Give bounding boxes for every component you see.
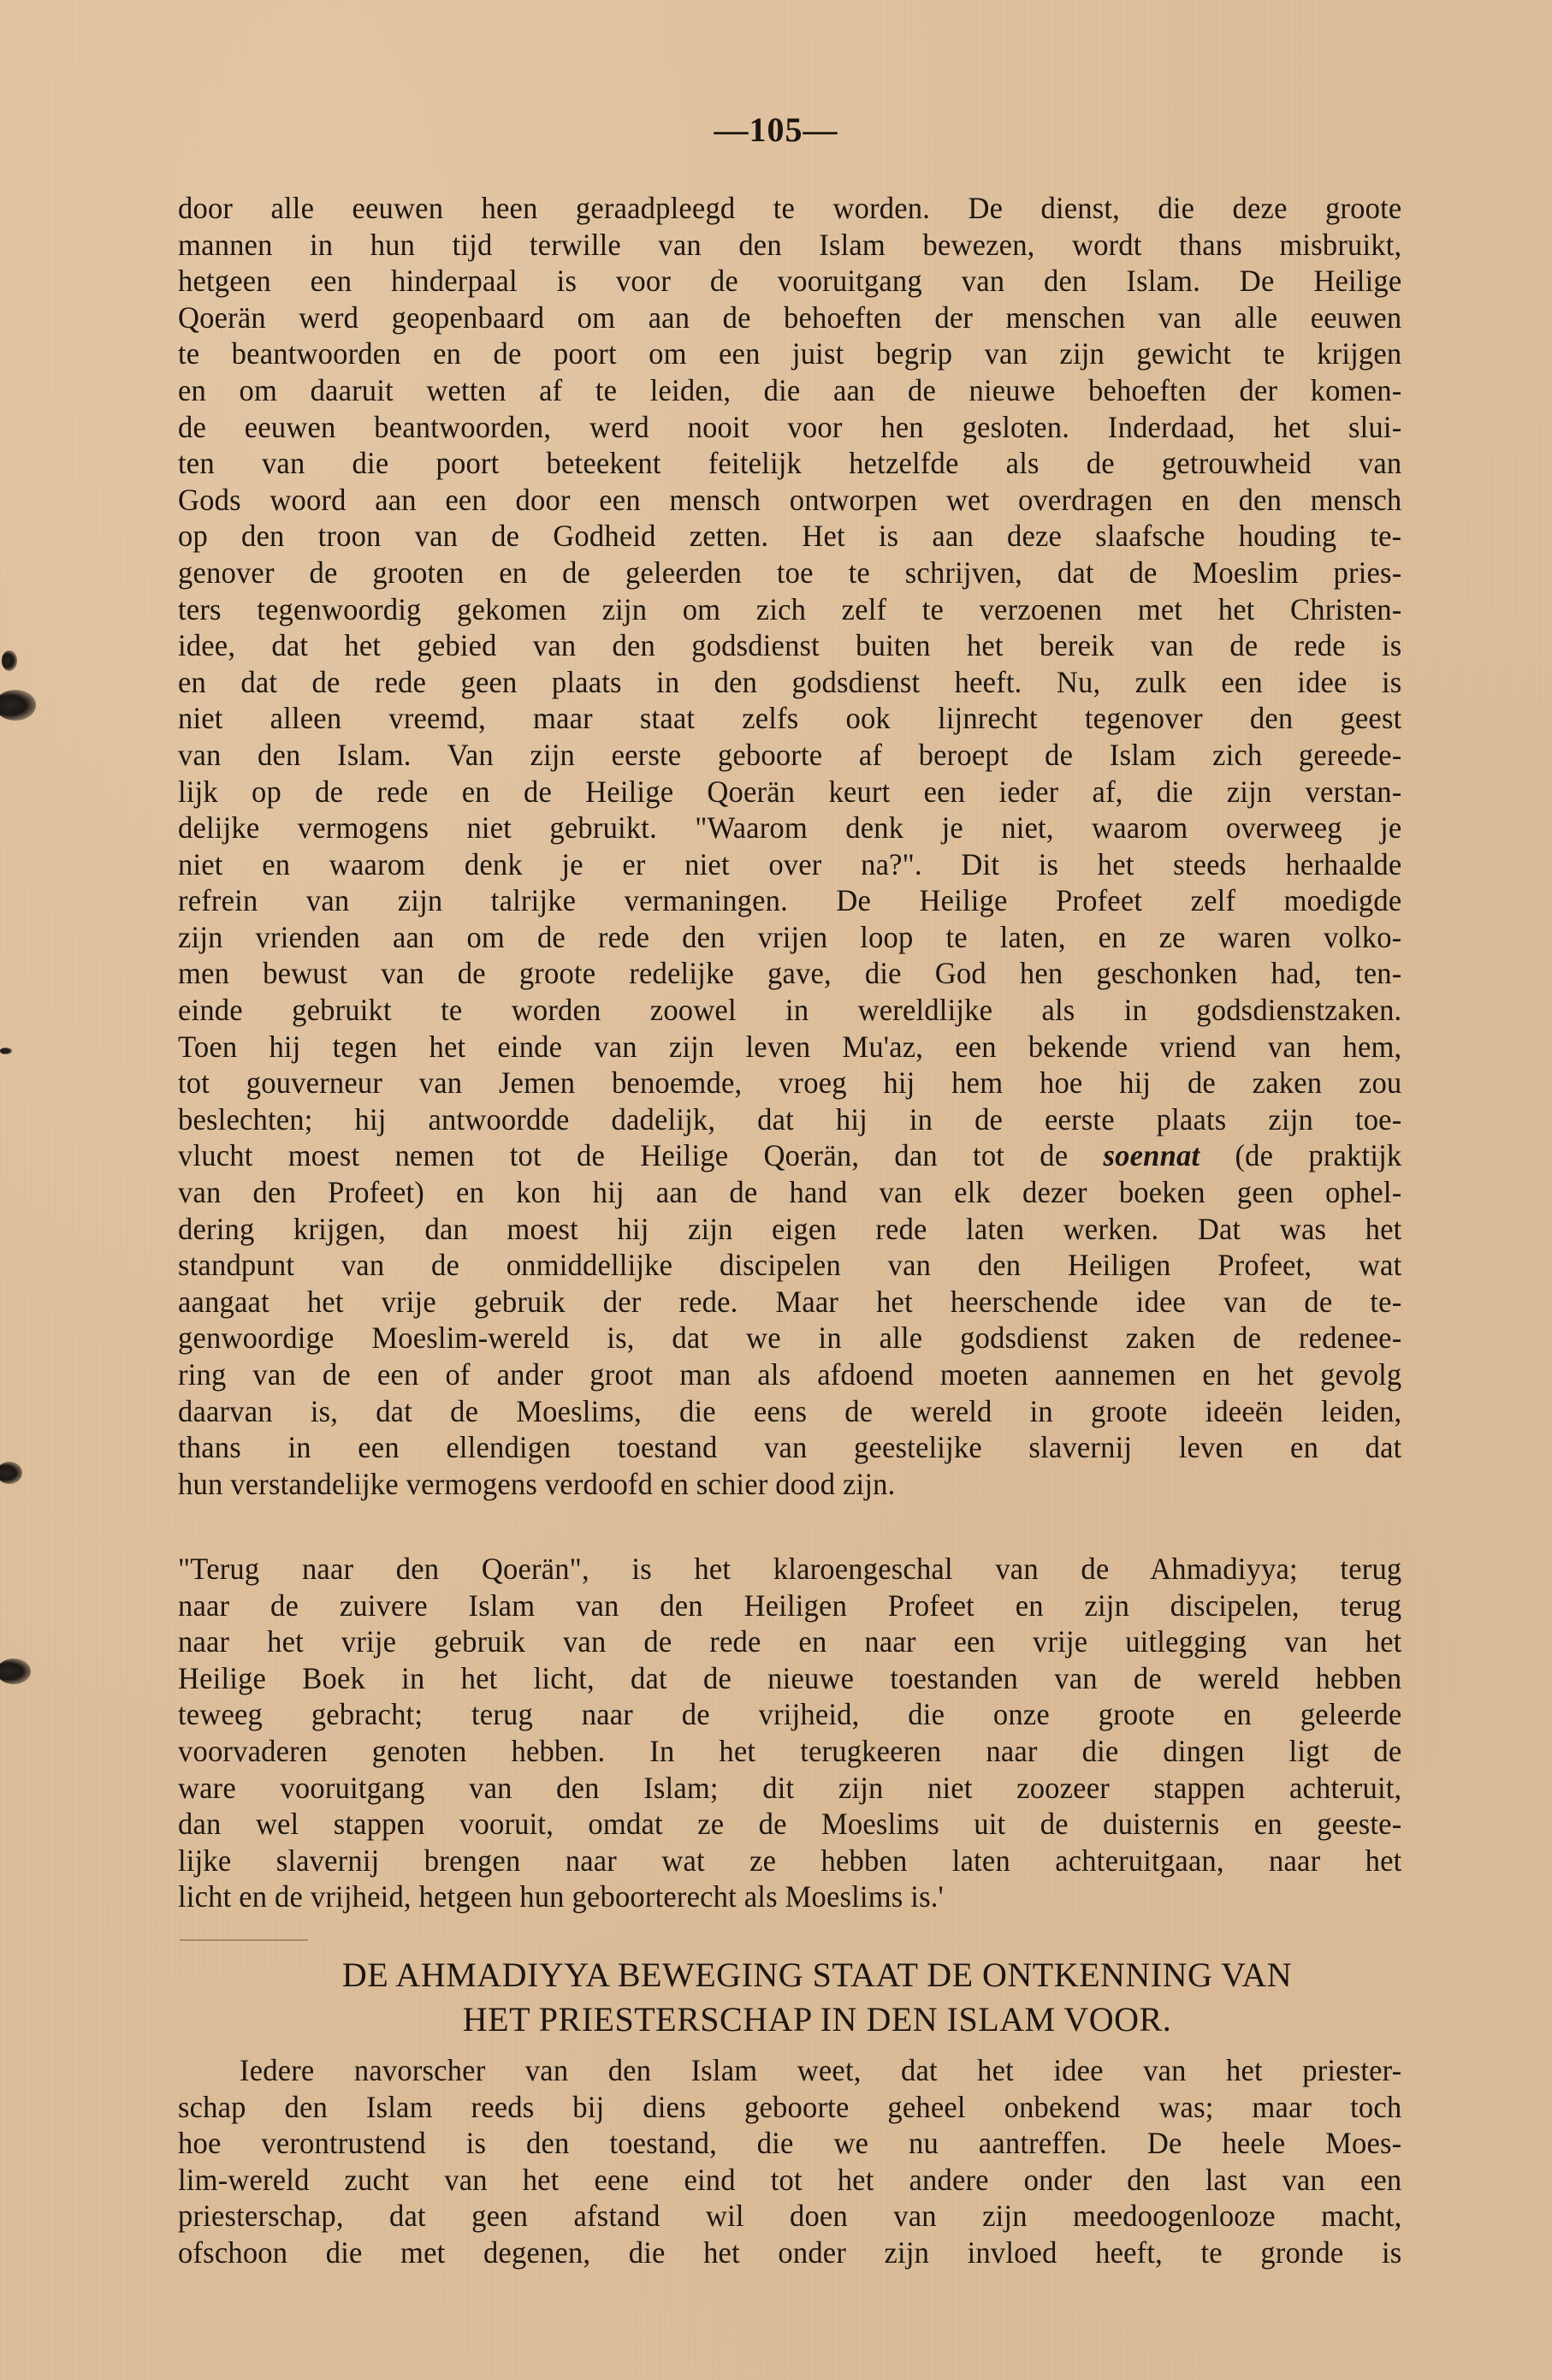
body-paragraph: "Terug naar den Qoerän", is het klaroeng… <box>178 1551 1453 1915</box>
text-line: te beantwoorden en de poort om een juist… <box>178 335 1401 372</box>
text-line: thans in een ellendigen toestand van gee… <box>178 1429 1401 1466</box>
text-line: ten van die poort beteekent feitelijk he… <box>178 445 1401 482</box>
text-line: Qoerän werd geopenbaard om aan de behoef… <box>178 300 1401 336</box>
text-line: mannen in hun tijd terwille van den Isla… <box>178 227 1401 264</box>
text-line: aangaat het vrije gebruik der rede. Maar… <box>178 1284 1401 1321</box>
text-line: hetgeen een hinderpaal is voor de voorui… <box>178 263 1401 300</box>
text-line: genover de grooten en de geleerden toe t… <box>178 555 1401 591</box>
text-line: niet alleen vreemd, maar staat zelfs ook… <box>178 700 1401 737</box>
text-line: Gods woord aan een door een mensch ontwo… <box>178 482 1401 519</box>
text-line: van den Islam. Van zijn eerste geboorte … <box>178 737 1401 774</box>
heading-line: HET PRIESTERSCHAP IN DEN ISLAM VOOR. <box>163 1997 1472 2042</box>
text-line: standpunt van de onmiddellijke discipele… <box>178 1247 1401 1284</box>
text-line: door alle eeuwen heen geraadpleegd te wo… <box>178 190 1401 227</box>
text-line: idee, dat het gebied van den godsdienst … <box>178 627 1401 664</box>
text-line: einde gebruikt te worden zoowel in werel… <box>178 992 1401 1029</box>
punch-hole-mark <box>0 1659 31 1684</box>
text-line: priesterschap, dat geen afstand wil doen… <box>178 2198 1401 2235</box>
text-line: Heilige Boek in het licht, dat de nieuwe… <box>178 1660 1401 1697</box>
text-line: genwoordige Moeslim-wereld is, dat we in… <box>178 1320 1401 1356</box>
text-line: beslechten; hij antwoordde dadelijk, dat… <box>178 1101 1401 1138</box>
text-line: en om daaruit wetten af te leiden, die a… <box>178 372 1401 409</box>
text-line: niet en waarom denk je er niet over na?"… <box>178 846 1401 883</box>
text-line: licht en de vrijheid, hetgeen hun geboor… <box>178 1878 1401 1915</box>
text-line: de eeuwen beantwoorden, werd nooit voor … <box>178 409 1401 446</box>
text-line: en dat de rede geen plaats in den godsdi… <box>178 664 1401 701</box>
punch-hole-mark <box>0 1048 12 1054</box>
text-line: delijke vermogens niet gebruikt. "Waarom… <box>178 810 1401 846</box>
text-segment: vlucht moest nemen tot de Heilige Qoerän… <box>178 1138 1104 1172</box>
text-line: Toen hij tegen het einde van zijn leven … <box>178 1029 1401 1065</box>
text-line: schap den Islam reeds bij diens geboorte… <box>178 2089 1401 2126</box>
text-segment: (de praktijk <box>1200 1138 1401 1172</box>
text-line: hoe verontrustend is den toestand, die w… <box>178 2125 1401 2162</box>
punch-hole-mark <box>2 650 17 671</box>
text-line: "Terug naar den Qoerän", is het klaroeng… <box>178 1551 1401 1588</box>
text-line: Iedere navorscher van den Islam weet, da… <box>178 2052 1401 2089</box>
punch-hole-mark <box>0 1462 22 1484</box>
section-divider <box>180 1939 308 1941</box>
text-line: lijke slavernij brengen naar wat ze hebb… <box>178 1843 1401 1879</box>
text-line: tot gouverneur van Jemen benoemde, vroeg… <box>178 1065 1401 1101</box>
text-line: refrein van zijn talrijke vermaningen. D… <box>178 882 1401 919</box>
text-line: naar het vrije gebruik van de rede en na… <box>178 1623 1401 1660</box>
heading-line: DE AHMADIYYA BEWEGING STAAT DE ONTKENNIN… <box>163 1953 1472 1997</box>
text-line: voorvaderen genoten hebben. In het terug… <box>178 1733 1401 1770</box>
text-line: op den troon van de Godheid zetten. Het … <box>178 518 1401 555</box>
text-line: ters tegenwoordig gekomen zijn om zich z… <box>178 591 1401 628</box>
text-line: teweeg gebracht; terug naar de vrijheid,… <box>178 1696 1401 1733</box>
text-line: zijn vrienden aan om de rede den vrijen … <box>178 919 1401 956</box>
section-paragraph: Iedere navorscher van den Islam weet, da… <box>178 2052 1453 2271</box>
text-line: dering krijgen, dan moest hij zijn eigen… <box>178 1211 1401 1248</box>
text-line: lim-wereld zucht van het eene eind tot h… <box>178 2162 1401 2199</box>
text-line: naar de zuivere Islam van den Heiligen P… <box>178 1588 1401 1624</box>
body-paragraph: door alle eeuwen heen geraadpleegd te wo… <box>178 190 1453 1502</box>
document-page: —105— door alle eeuwen heen geraadpleegd… <box>0 0 1552 2380</box>
text-line: ring van de een of ander groot man als a… <box>178 1356 1401 1393</box>
text-line: hun verstandelijke vermogens verdoofd en… <box>178 1466 1401 1503</box>
section-heading: DE AHMADIYYA BEWEGING STAAT DE ONTKENNIN… <box>163 1953 1472 2042</box>
punch-hole-mark <box>0 690 36 721</box>
text-line: men bewust van de groote redelijke gave,… <box>178 955 1401 992</box>
italic-term: soennat <box>1104 1138 1200 1172</box>
text-line: ware vooruitgang van den Islam; dit zijn… <box>178 1770 1401 1807</box>
text-line: ofschoon die met degenen, die het onder … <box>178 2235 1401 2271</box>
text-line: van den Profeet) en kon hij aan de hand … <box>178 1174 1401 1211</box>
page-number: —105— <box>0 110 1552 150</box>
text-line-with-italic: vlucht moest nemen tot de Heilige Qoerän… <box>178 1137 1401 1174</box>
text-line: lijk op de rede en de Heilige Qoerän keu… <box>178 774 1401 810</box>
text-line: daarvan is, dat de Moeslims, die eens de… <box>178 1393 1401 1430</box>
text-line: dan wel stappen vooruit, omdat ze de Moe… <box>178 1806 1401 1843</box>
